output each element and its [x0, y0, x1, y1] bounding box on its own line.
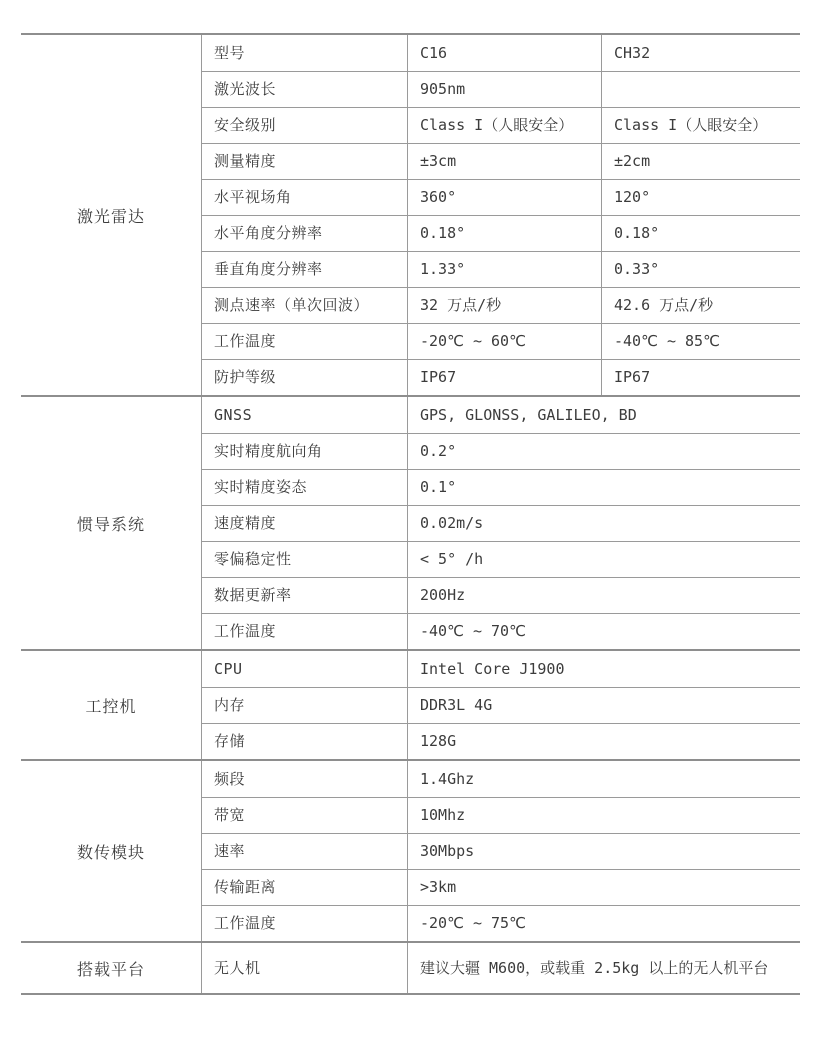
spec-table: 激光雷达 型号 C16 CH32 激光波长 905nm 安全级别 Class I… — [21, 33, 800, 995]
spec-value-ch32: Class I（人眼安全） — [601, 108, 800, 143]
spec-value-c16: IP67 — [407, 360, 601, 395]
spec-label: 激光波长 — [202, 72, 407, 107]
spec-label: 零偏稳定性 — [202, 542, 407, 577]
section-lidar: 激光雷达 型号 C16 CH32 激光波长 905nm 安全级别 Class I… — [21, 33, 800, 395]
section-rows-lidar: 型号 C16 CH32 激光波长 905nm 安全级别 Class I（人眼安全… — [201, 35, 800, 395]
spec-value-c16: 905nm — [407, 72, 601, 107]
table-row: 速率 30Mbps — [202, 833, 800, 869]
section-rows-ipc: CPU Intel Core J1900 内存 DDR3L 4G 存储 128G — [201, 651, 800, 759]
spec-value-ch32: 42.6 万点/秒 — [601, 288, 800, 323]
spec-label: GNSS — [202, 397, 407, 433]
spec-value-c16: 32 万点/秒 — [407, 288, 601, 323]
spec-label: 工作温度 — [202, 324, 407, 359]
spec-value-c16: C16 — [407, 35, 601, 71]
spec-value: 0.2° — [407, 434, 800, 469]
table-row: 激光波长 905nm — [202, 71, 800, 107]
table-row: 频段 1.4Ghz — [202, 761, 800, 797]
spec-label: 频段 — [202, 761, 407, 797]
spec-label: 传输距离 — [202, 870, 407, 905]
section-title-ipc: 工控机 — [21, 651, 201, 759]
spec-value-ch32: 0.18° — [601, 216, 800, 251]
spec-value: 0.1° — [407, 470, 800, 505]
section-title-platform: 搭载平台 — [21, 943, 201, 993]
spec-value: >3km — [407, 870, 800, 905]
table-row: 无人机 建议大疆 M600，或载重 2.5kg 以上的无人机平台 — [202, 943, 800, 993]
spec-value-ch32: 0.33° — [601, 252, 800, 287]
section-rows-ins: GNSS GPS, GLONSS, GALILEO, BD 实时精度航向角 0.… — [201, 397, 800, 649]
table-row: CPU Intel Core J1900 — [202, 651, 800, 687]
spec-value-c16: -20℃ ~ 60℃ — [407, 324, 601, 359]
table-row: 工作温度 -40℃ ~ 70℃ — [202, 613, 800, 649]
spec-label: 安全级别 — [202, 108, 407, 143]
spec-value: 128G — [407, 724, 800, 759]
spec-label: 垂直角度分辨率 — [202, 252, 407, 287]
spec-value: 建议大疆 M600，或载重 2.5kg 以上的无人机平台 — [407, 943, 800, 993]
table-row: 实时精度姿态 0.1° — [202, 469, 800, 505]
spec-value: -40℃ ~ 70℃ — [407, 614, 800, 649]
table-row: 零偏稳定性 < 5° /h — [202, 541, 800, 577]
spec-value: GPS, GLONSS, GALILEO, BD — [407, 397, 800, 433]
spec-label: 水平视场角 — [202, 180, 407, 215]
spec-value-c16: 1.33° — [407, 252, 601, 287]
section-ipc: 工控机 CPU Intel Core J1900 内存 DDR3L 4G 存储 … — [21, 649, 800, 759]
section-title-lidar: 激光雷达 — [21, 35, 201, 395]
table-row: 垂直角度分辨率 1.33° 0.33° — [202, 251, 800, 287]
spec-value: Intel Core J1900 — [407, 651, 800, 687]
spec-value: 200Hz — [407, 578, 800, 613]
spec-label: 数据更新率 — [202, 578, 407, 613]
spec-label: 测点速率（单次回波） — [202, 288, 407, 323]
section-title-ins: 惯导系统 — [21, 397, 201, 649]
spec-value-ch32 — [601, 72, 800, 107]
spec-value-ch32: ±2cm — [601, 144, 800, 179]
table-row: 实时精度航向角 0.2° — [202, 433, 800, 469]
spec-label: 内存 — [202, 688, 407, 723]
spec-label: 水平角度分辨率 — [202, 216, 407, 251]
section-ins: 惯导系统 GNSS GPS, GLONSS, GALILEO, BD 实时精度航… — [21, 395, 800, 649]
spec-value: -20℃ ~ 75℃ — [407, 906, 800, 941]
spec-label: 速度精度 — [202, 506, 407, 541]
spec-value: 1.4Ghz — [407, 761, 800, 797]
table-row: 工作温度 -20℃ ~ 60℃ -40℃ ~ 85℃ — [202, 323, 800, 359]
table-row: 测点速率（单次回波） 32 万点/秒 42.6 万点/秒 — [202, 287, 800, 323]
spec-value: < 5° /h — [407, 542, 800, 577]
section-rows-datalink: 频段 1.4Ghz 带宽 10Mhz 速率 30Mbps 传输距离 >3km 工… — [201, 761, 800, 941]
spec-value: 0.02m/s — [407, 506, 800, 541]
spec-label: 测量精度 — [202, 144, 407, 179]
table-row: 测量精度 ±3cm ±2cm — [202, 143, 800, 179]
spec-label: 带宽 — [202, 798, 407, 833]
spec-value: 30Mbps — [407, 834, 800, 869]
spec-value: DDR3L 4G — [407, 688, 800, 723]
table-row: 防护等级 IP67 IP67 — [202, 359, 800, 395]
spec-value-c16: 360° — [407, 180, 601, 215]
spec-label: 防护等级 — [202, 360, 407, 395]
table-row: 安全级别 Class I（人眼安全） Class I（人眼安全） — [202, 107, 800, 143]
spec-value-ch32: IP67 — [601, 360, 800, 395]
table-row: 水平视场角 360° 120° — [202, 179, 800, 215]
spec-value-c16: 0.18° — [407, 216, 601, 251]
spec-label: 速率 — [202, 834, 407, 869]
table-row: GNSS GPS, GLONSS, GALILEO, BD — [202, 397, 800, 433]
table-row: 存储 128G — [202, 723, 800, 759]
table-row: 型号 C16 CH32 — [202, 35, 800, 71]
section-title-datalink: 数传模块 — [21, 761, 201, 941]
table-row: 传输距离 >3km — [202, 869, 800, 905]
spec-value-ch32: -40℃ ~ 85℃ — [601, 324, 800, 359]
table-row: 速度精度 0.02m/s — [202, 505, 800, 541]
spec-value-c16: Class I（人眼安全） — [407, 108, 601, 143]
spec-value-ch32: 120° — [601, 180, 800, 215]
table-row: 水平角度分辨率 0.18° 0.18° — [202, 215, 800, 251]
spec-label: 无人机 — [202, 943, 407, 993]
spec-label: CPU — [202, 651, 407, 687]
section-platform: 搭载平台 无人机 建议大疆 M600，或载重 2.5kg 以上的无人机平台 — [21, 941, 800, 993]
table-row: 数据更新率 200Hz — [202, 577, 800, 613]
spec-value: 10Mhz — [407, 798, 800, 833]
section-rows-platform: 无人机 建议大疆 M600，或载重 2.5kg 以上的无人机平台 — [201, 943, 800, 993]
spec-value-c16: ±3cm — [407, 144, 601, 179]
table-row: 工作温度 -20℃ ~ 75℃ — [202, 905, 800, 941]
table-row: 内存 DDR3L 4G — [202, 687, 800, 723]
section-datalink: 数传模块 频段 1.4Ghz 带宽 10Mhz 速率 30Mbps 传输距离 >… — [21, 759, 800, 941]
spec-label: 工作温度 — [202, 614, 407, 649]
spec-label: 实时精度姿态 — [202, 470, 407, 505]
spec-label: 存储 — [202, 724, 407, 759]
table-row: 带宽 10Mhz — [202, 797, 800, 833]
spec-label: 工作温度 — [202, 906, 407, 941]
spec-label: 实时精度航向角 — [202, 434, 407, 469]
spec-value-ch32: CH32 — [601, 35, 800, 71]
spec-label: 型号 — [202, 35, 407, 71]
